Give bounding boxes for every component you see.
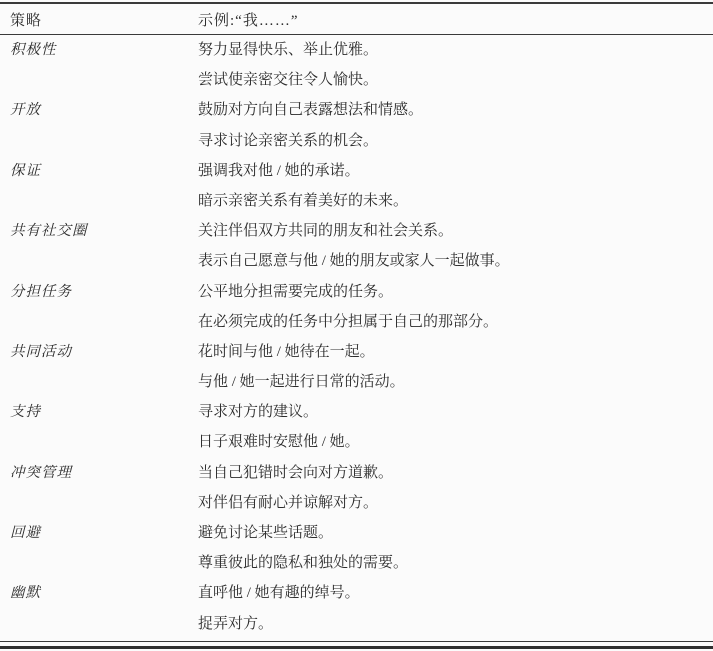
table-row: 冲突管理当自己犯错时会向对方道歉。对伴侣有耐心并谅解对方。 [0,458,713,518]
example-line: 鼓励对方向自己表露想法和情感。 [198,95,713,125]
example-line: 直呼他 / 她有趣的绰号。 [198,578,713,608]
example-cell: 努力显得快乐、举止优雅。尝试使亲密交往令人愉快。 [198,35,713,95]
example-cell: 当自己犯错时会向对方道歉。对伴侣有耐心并谅解对方。 [198,458,713,518]
table-row: 分担任务公平地分担需要完成的任务。在必须完成的任务中分担属于自己的那部分。 [0,277,713,337]
table-row: 支持寻求对方的建议。日子艰难时安慰他 / 她。 [0,397,713,457]
example-line: 捉弄对方。 [198,609,713,639]
example-line: 尝试使亲密交往令人愉快。 [198,65,713,95]
example-line: 日子艰难时安慰他 / 她。 [198,427,713,457]
strategy-label: 开放 [0,95,198,125]
example-line: 避免讨论某些话题。 [198,518,713,548]
example-cell: 花时间与他 / 她待在一起。与他 / 她一起进行日常的活动。 [198,337,713,397]
example-line: 当自己犯错时会向对方道歉。 [198,458,713,488]
table-row: 积极性努力显得快乐、举止优雅。尝试使亲密交往令人愉快。 [0,35,713,95]
strategy-label: 回避 [0,518,198,548]
example-line: 与他 / 她一起进行日常的活动。 [198,367,713,397]
strategy-label: 冲突管理 [0,458,198,488]
table-row: 保证强调我对他 / 她的承诺。暗示亲密关系有着美好的未来。 [0,156,713,216]
example-line: 对伴侣有耐心并谅解对方。 [198,488,713,518]
example-cell: 关注伴侣双方共同的朋友和社会关系。表示自己愿意与他 / 她的朋友或家人一起做事。 [198,216,713,276]
example-line: 公平地分担需要完成的任务。 [198,277,713,307]
example-line: 尊重彼此的隐私和独处的需要。 [198,548,713,578]
table-row: 共有社交圈关注伴侣双方共同的朋友和社会关系。表示自己愿意与他 / 她的朋友或家人… [0,216,713,276]
example-line: 努力显得快乐、举止优雅。 [198,35,713,65]
example-cell: 寻求对方的建议。日子艰难时安慰他 / 她。 [198,397,713,457]
example-line: 花时间与他 / 她待在一起。 [198,337,713,367]
example-line: 关注伴侣双方共同的朋友和社会关系。 [198,216,713,246]
example-cell: 鼓励对方向自己表露想法和情感。寻求讨论亲密关系的机会。 [198,95,713,155]
table-row: 开放鼓励对方向自己表露想法和情感。寻求讨论亲密关系的机会。 [0,95,713,155]
example-line: 暗示亲密关系有着美好的未来。 [198,186,713,216]
strategy-label: 分担任务 [0,277,198,307]
table-header: 策略 示例:“我……” [0,4,713,35]
example-cell: 公平地分担需要完成的任务。在必须完成的任务中分担属于自己的那部分。 [198,277,713,337]
table-body: 积极性努力显得快乐、举止优雅。尝试使亲密交往令人愉快。开放鼓励对方向自己表露想法… [0,35,713,639]
table-row: 幽默直呼他 / 她有趣的绰号。捉弄对方。 [0,578,713,638]
strategy-label: 共同活动 [0,337,198,367]
header-example: 示例:“我……” [198,9,713,30]
table-row: 共同活动花时间与他 / 她待在一起。与他 / 她一起进行日常的活动。 [0,337,713,397]
example-line: 寻求对方的建议。 [198,397,713,427]
example-line: 强调我对他 / 她的承诺。 [198,156,713,186]
example-line: 表示自己愿意与他 / 她的朋友或家人一起做事。 [198,246,713,276]
example-line: 寻求讨论亲密关系的机会。 [198,126,713,156]
header-strategy: 策略 [0,9,198,30]
table-bottom-rule-thin [0,641,713,642]
example-line: 在必须完成的任务中分担属于自己的那部分。 [198,307,713,337]
example-cell: 避免讨论某些话题。尊重彼此的隐私和独处的需要。 [198,518,713,578]
strategy-label: 幽默 [0,578,198,608]
table-bottom-rule-thick [0,646,713,649]
book-page: 策略 示例:“我……” 积极性努力显得快乐、举止优雅。尝试使亲密交往令人愉快。开… [0,0,713,651]
table-row: 回避避免讨论某些话题。尊重彼此的隐私和独处的需要。 [0,518,713,578]
example-cell: 直呼他 / 她有趣的绰号。捉弄对方。 [198,578,713,638]
example-cell: 强调我对他 / 她的承诺。暗示亲密关系有着美好的未来。 [198,156,713,216]
strategy-label: 支持 [0,397,198,427]
strategy-label: 共有社交圈 [0,216,198,246]
strategy-label: 积极性 [0,35,198,65]
strategy-label: 保证 [0,156,198,186]
